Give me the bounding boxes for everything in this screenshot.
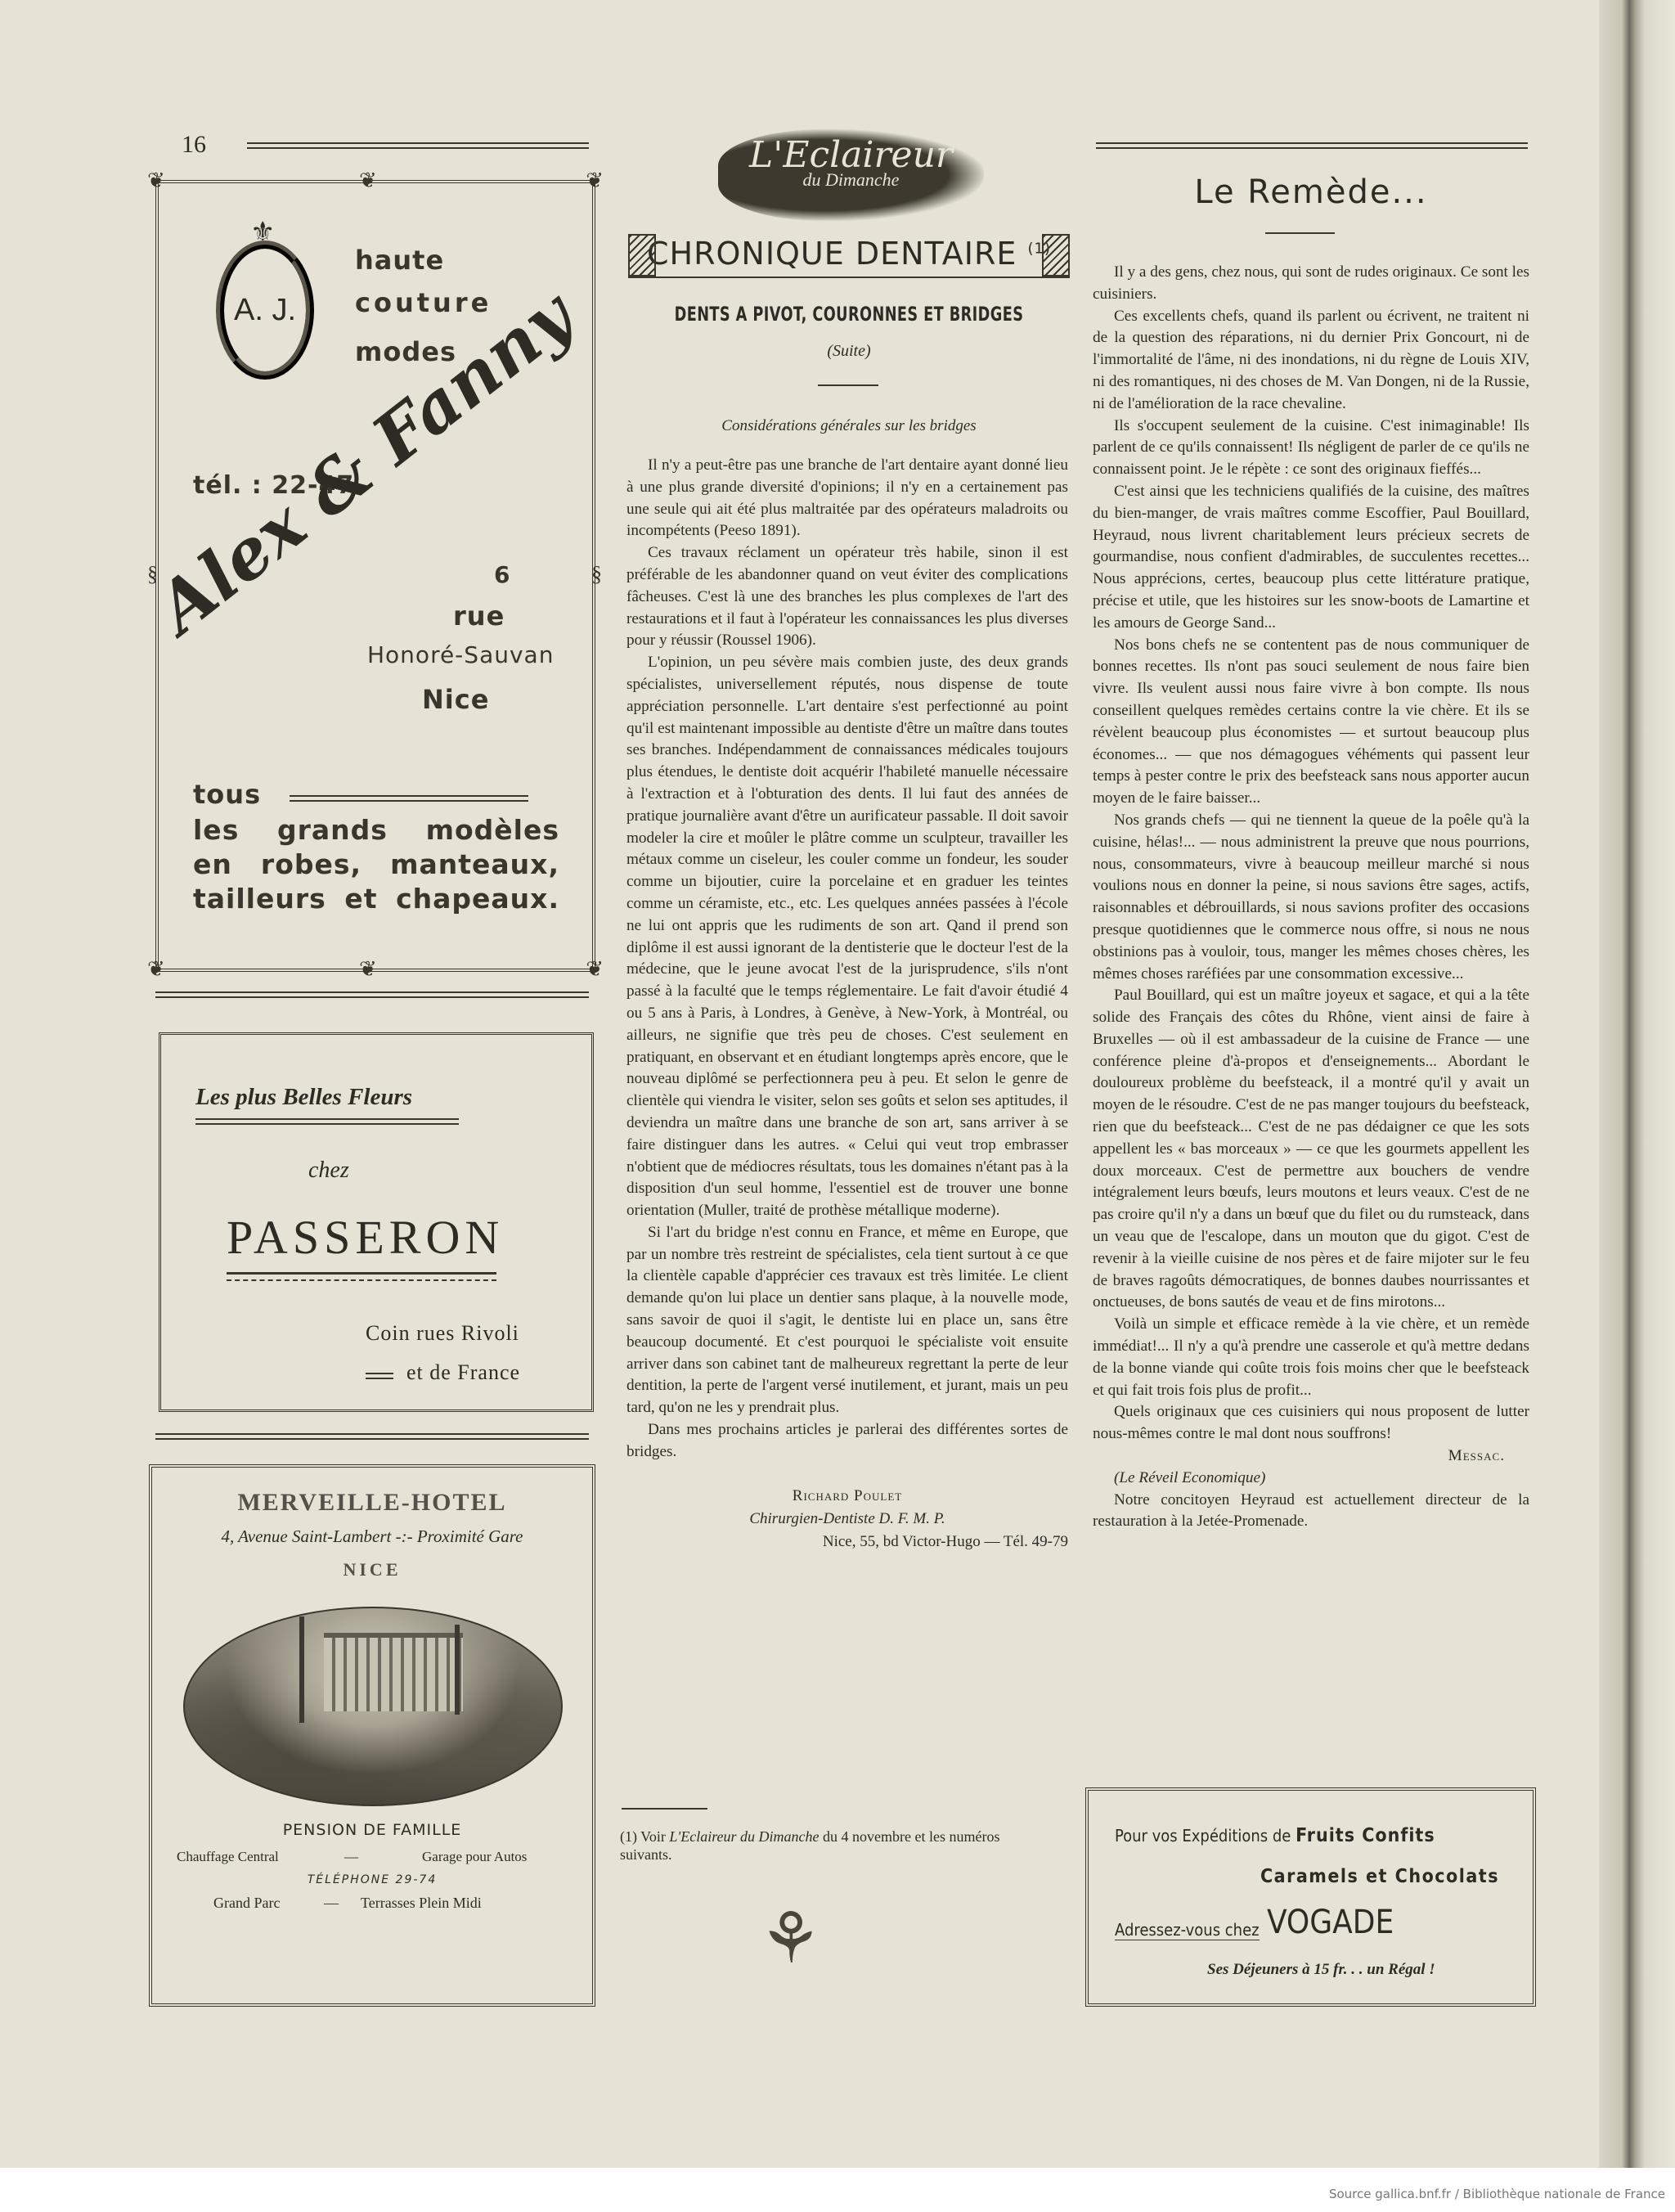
shop-address-2: et de France: [406, 1360, 520, 1385]
description-line: tailleurs et chapeaux.: [193, 882, 559, 916]
headline-rule: [195, 1118, 459, 1125]
remede-source: (Le Réveil Economique): [1093, 1468, 1529, 1490]
footnote-rule: [622, 1808, 707, 1810]
feature-park: Grand Parc: [213, 1895, 280, 1912]
author-title: Chirurgien-Dentiste D. F. M. P.: [626, 1508, 1068, 1531]
remede-body: Il y a des gens, chez nous, qui sont de …: [1093, 262, 1529, 1533]
remede-author: Messac.: [1093, 1445, 1529, 1468]
corner-ornament-icon: ❦: [586, 170, 604, 191]
monogram-medallion: A. J.: [216, 241, 314, 380]
address-dash: [366, 1373, 393, 1379]
shop-name: PASSERON: [227, 1210, 504, 1265]
remede-title: Le Remède...: [1093, 173, 1529, 211]
art-nouveau-panel-icon: [628, 234, 656, 276]
author-name: Richard Poulet: [626, 1485, 1068, 1508]
footnote: (1) Voir L'Eclaireur du Dimanche du 4 no…: [620, 1828, 1045, 1864]
hotel-photo: [183, 1607, 563, 1806]
tous-rule: [290, 795, 528, 802]
ad-description: les grands modèles en robes, manteaux, t…: [193, 813, 559, 916]
vogade-line-2: Caramels et Chocolats: [1260, 1866, 1499, 1887]
corner-ornament-icon: ❦: [586, 959, 604, 980]
newspaper-page: 16 ❦ ❦ ❦ § § ❦ ❦ ❦ ⚜ A. J. haute couture…: [0, 0, 1675, 2168]
address-city: Nice: [422, 684, 489, 715]
feature-garage: Garage pour Autos: [422, 1849, 527, 1865]
title-rule: [1265, 232, 1335, 234]
tagline-haute: haute: [355, 239, 492, 281]
page-number: 16: [182, 131, 206, 159]
description-line: les grands modèles: [193, 813, 559, 847]
tous-label: tous: [193, 779, 261, 810]
source-credit: Source gallica.bnf.fr / Bibliothèque nat…: [1329, 2187, 1665, 2201]
address-street-1: rue: [453, 600, 505, 632]
footnote-publication: L'Eclaireur du Dimanche: [669, 1828, 819, 1845]
remede-paragraph: Nos grands chefs — qui ne tiennent la qu…: [1093, 810, 1529, 985]
art-nouveau-panel-icon: [1042, 234, 1070, 276]
palm-tree-image: [455, 1625, 460, 1715]
ad-separator: [155, 1433, 589, 1440]
remede-paragraph: Il y a des gens, chez nous, qui sont de …: [1093, 262, 1529, 306]
feature-dash: —: [324, 1895, 339, 1912]
vogade-line-1: Pour vos Expéditions de Fruits Confits: [1115, 1825, 1435, 1846]
remede-paragraph: Ils s'occupent seulement de la cuisine. …: [1093, 416, 1529, 481]
ad-vogade: Pour vos Expéditions de Fruits Confits C…: [1085, 1787, 1536, 2007]
author-address: Nice, 55, bd Victor-Hugo — Tél. 49-79: [626, 1531, 1068, 1553]
chez-label: chez: [308, 1158, 349, 1184]
remede-note: Notre concitoyen Heyraud est actuellemen…: [1093, 1490, 1529, 1534]
remede-paragraph: Voilà un simple et efficace remède à la …: [1093, 1314, 1529, 1401]
chronique-suite: (Suite): [628, 342, 1070, 361]
flower-vignette-icon: ⚘: [759, 1898, 822, 1980]
vogade-line-1-bold: Fruits Confits: [1296, 1825, 1435, 1846]
vogade-line-4: Ses Déjeuners à 15 fr. . . un Régal !: [1207, 1961, 1435, 1979]
corner-ornament-icon: ❦: [147, 959, 165, 980]
hotel-name: MERVEILLE-HOTEL: [152, 1489, 592, 1517]
chronique-title: CHRONIQUE DENTAIRE (1): [628, 236, 1070, 278]
chronique-title-text: CHRONIQUE DENTAIRE: [647, 236, 1017, 272]
feature-dash: —: [344, 1849, 358, 1865]
ad-passeron: Les plus Belles Fleurs chez PASSERON Coi…: [159, 1032, 594, 1412]
side-ornament-icon: §: [591, 564, 602, 585]
feature-heating: Chauffage Central: [177, 1849, 279, 1865]
masthead-logo: L'Eclaireur du Dimanche: [718, 129, 984, 221]
feature-terraces: Terrasses Plein Midi: [361, 1895, 482, 1912]
remede-paragraph: Paul Bouillard, qui est un maître joyeux…: [1093, 985, 1529, 1314]
chronique-paragraph: Dans mes prochains articles je parlerai …: [626, 1419, 1068, 1463]
chronique-paragraph: Si l'art du bridge n'est connu en France…: [626, 1222, 1068, 1419]
ad-merveille-hotel: MERVEILLE-HOTEL 4, Avenue Saint-Lambert …: [149, 1464, 595, 2007]
tagline-couture: couture: [355, 281, 492, 324]
ad-separator: [155, 991, 589, 998]
chronique-signature: Richard Poulet Chirurgien-Dentiste D. F.…: [626, 1485, 1068, 1553]
hotel-telephone: TÉLÉPHONE 29-74: [152, 1873, 592, 1886]
shop-name-rule: [227, 1272, 496, 1281]
chronique-subtitle: DENTS A PIVOT, COURONNES ET BRIDGES: [668, 303, 1031, 326]
address-street-2: Honoré-Sauvan: [367, 641, 554, 668]
ad-alex-fanny: ❦ ❦ ❦ § § ❦ ❦ ❦ ⚜ A. J. haute couture mo…: [155, 180, 595, 972]
vogade-line-1-prefix: Pour vos Expéditions de: [1115, 1826, 1291, 1846]
address-number: 6: [494, 561, 510, 588]
pension-label: PENSION DE FAMILLE: [152, 1821, 592, 1839]
description-line: en robes, manteaux,: [193, 847, 559, 882]
bottom-ornament-icon: ❦: [359, 959, 377, 980]
hotel-address: 4, Avenue Saint-Lambert -:- Proximité Ga…: [152, 1526, 592, 1547]
hotel-building-image: [324, 1633, 463, 1711]
flowers-headline: Les plus Belles Fleurs: [195, 1084, 412, 1111]
header-rule-right: [1096, 142, 1528, 149]
vogade-line-3: Adressez-vous chez: [1115, 1920, 1260, 1940]
header-rule-left: [247, 142, 589, 149]
palm-tree-image: [299, 1616, 304, 1723]
footnote-prefix: (1) Voir: [620, 1828, 666, 1845]
corner-ornament-icon: ❦: [147, 170, 165, 191]
chronique-body: Il n'y a peut-être pas une branche de l'…: [626, 455, 1068, 1553]
remede-paragraph: Ces excellents chefs, quand ils parlent …: [1093, 306, 1529, 416]
title-rule: [818, 384, 878, 386]
section-heading: Considérations générales sur les bridges: [628, 417, 1070, 435]
remede-paragraph: C'est ainsi que les techniciens qualifié…: [1093, 481, 1529, 635]
page-spine-shadow: [1599, 0, 1675, 2168]
chronique-paragraph: Il n'y a peut-être pas une branche de l'…: [626, 455, 1068, 542]
hotel-city: NICE: [152, 1559, 592, 1580]
shop-address-1: Coin rues Rivoli: [366, 1321, 519, 1346]
chronique-paragraph: Ces travaux réclament un opérateur très …: [626, 542, 1068, 652]
remede-paragraph: Quels originaux que ces cuisiniers qui n…: [1093, 1401, 1529, 1445]
top-ornament-icon: ❦: [359, 170, 377, 191]
chronique-paragraph: L'opinion, un peu sévère mais combien ju…: [626, 652, 1068, 1222]
remede-paragraph: Nos bons chefs ne se contentent pas de n…: [1093, 635, 1529, 810]
vogade-name: VOGADE: [1267, 1904, 1394, 1941]
